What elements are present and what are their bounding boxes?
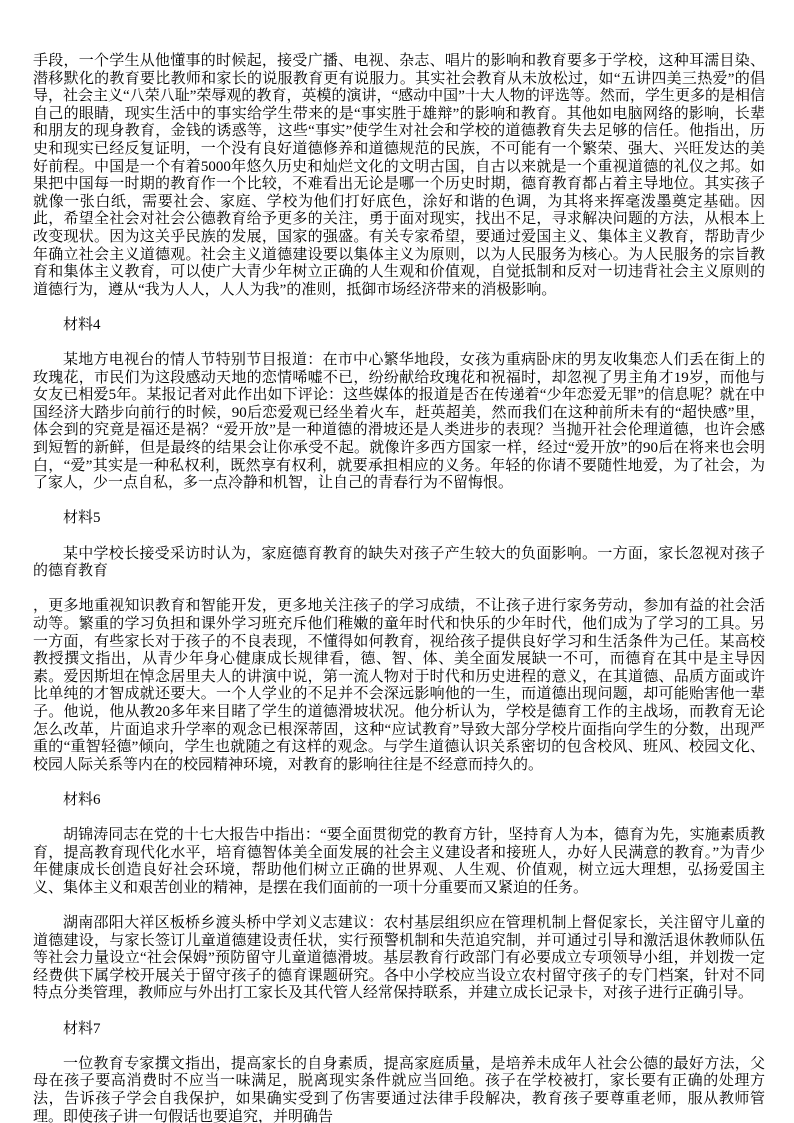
material-4-paragraph: 某地方电视台的情人节特别节目报道：在市中心繁华地段，女孩为重病卧床的男友收集恋人… <box>33 352 765 493</box>
continuation-paragraph: 手段，一个学生从他懂事的时候起，接受广播、电视、杂志、唱片的影响和教育要多于学校… <box>33 53 765 299</box>
document-page: 手段，一个学生从他懂事的时候起，接受广播、电视、杂志、唱片的影响和教育要多于学校… <box>0 0 794 1123</box>
section-heading-material-6: 材料6 <box>33 792 765 810</box>
section-heading-material-7: 材料7 <box>33 1021 765 1039</box>
section-heading-material-5: 材料5 <box>33 510 765 528</box>
material-5-paragraph-part1: 某中学校长接受采访时认为，家庭德育教育的缺失对孩子产生较大的负面影响。一方面，家… <box>33 546 765 581</box>
material-6-paragraph-1: 胡锦涛同志在党的十七大报告中指出：“要全面贯彻党的教育方针，坚持育人为本，德育为… <box>33 827 765 897</box>
material-7-paragraph: 一位教育专家撰文指出，提高家长的自身素质，提高家庭质量，是培养未成年人社会公德的… <box>33 1056 765 1123</box>
section-heading-material-4: 材料4 <box>33 317 765 335</box>
material-5-paragraph-part2: ，更多地重视知识教育和智能开发，更多地关注孩子的学习成绩，不让孩子进行家务劳动，… <box>33 598 765 774</box>
material-6-paragraph-2: 湖南邵阳大祥区板桥乡渡头桥中学刘义志建议：农村基层组织应在管理机制上督促家长，关… <box>33 915 765 1003</box>
